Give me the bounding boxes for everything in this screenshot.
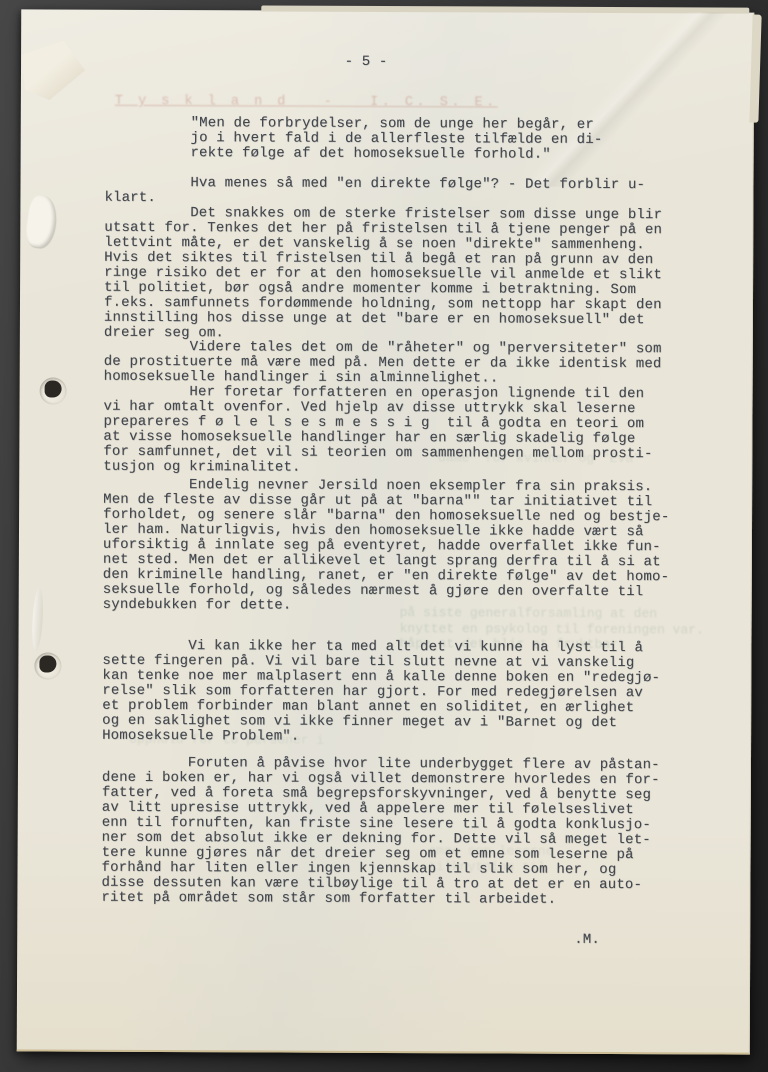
paragraph-jersild: Endelig nevner Jersild noen eksempler fr… — [103, 478, 724, 616]
paragraph-konklusjon: Foruten å påvise hvor lite underbygget f… — [101, 756, 722, 909]
bleedthrough-heading: T y s k l a n d - I. C. S. E. — [115, 94, 498, 111]
left-edge-nick — [31, 587, 45, 651]
scanned-archive-photo: { "page": { "number_label": "- 5 -", "si… — [0, 0, 768, 1072]
document-page: T y s k l a n d - I. C. S. E. "dame" for… — [17, 9, 755, 1054]
torn-corner — [20, 39, 87, 103]
paragraph-hva-menes: Hva menes så med "en direkte følge"? - D… — [104, 176, 724, 209]
paragraph-fristelser: Det snakkes om de sterke fristelser som … — [104, 206, 725, 344]
page-number: - 5 - — [21, 53, 711, 71]
punch-hole-bottom — [34, 652, 61, 679]
quoted-passage: "Men de forbrydelser, som de unge her be… — [105, 116, 725, 164]
left-edge-tear — [24, 194, 59, 249]
punch-hole-top — [40, 377, 67, 404]
signature-initial: .M. — [574, 933, 654, 948]
paragraph-raheter: Videre tales det om de "råheter" og "per… — [104, 340, 724, 388]
paragraph-operasjon: Her foretar forfatteren en operasjon lig… — [103, 385, 723, 478]
paragraph-redegjorelse: Vi kan ikke her ta med alt det vi kunne … — [102, 639, 722, 747]
